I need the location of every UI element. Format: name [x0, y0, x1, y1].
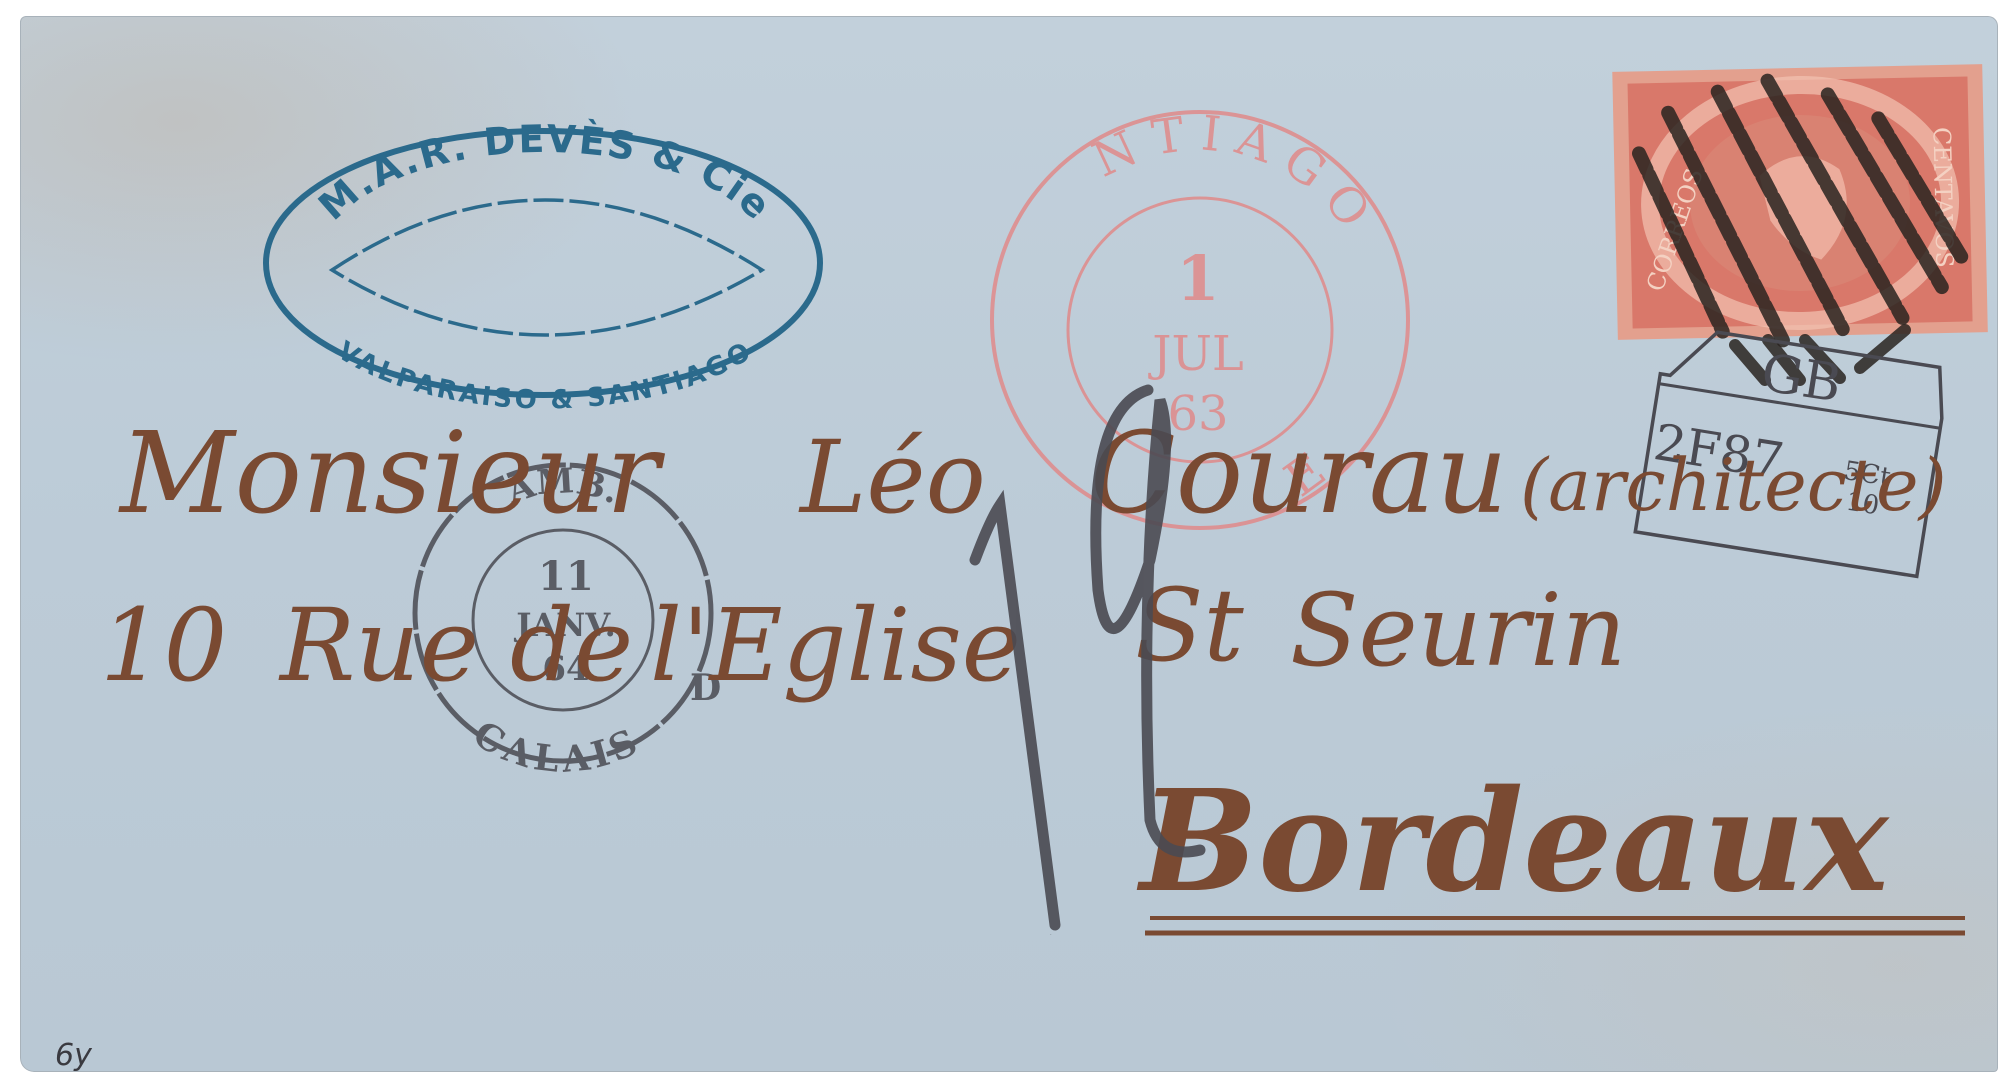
cachet-line2: VALPARAISO & SANTIAGO [332, 336, 758, 416]
address-seurin: Seurin [1290, 572, 1626, 689]
address-de: de [510, 587, 633, 704]
sender-cachet: M.A.R. DEVÈS & Cie VALPARAISO & SANTIAGO [266, 117, 820, 416]
envelope-markings: M.A.R. DEVÈS & Cie VALPARAISO & SANTIAGO… [0, 0, 2014, 1090]
address-monsieur: Monsieur [118, 409, 666, 539]
cachet-line1: M.A.R. DEVÈS & Cie [310, 117, 781, 229]
origin-postmark-town: NTIAGO [1084, 105, 1389, 249]
address-eglise: l'Eglise [650, 587, 1021, 704]
transit-postmark-bottom: CALAIS [466, 713, 644, 781]
address-number: 10 [100, 587, 227, 704]
accountancy-gb: GB [1757, 343, 1845, 415]
pencil-note: 6y [55, 1038, 93, 1073]
postage-due-value: 12 [1050, 934, 1052, 936]
origin-postmark-day: 1 [1176, 242, 1219, 315]
origin-postmark-month: JUL [1147, 326, 1244, 382]
address-block: Monsieur Léo Courau (architecte) 10 Rue … [100, 409, 1965, 933]
address-rue: Rue [278, 587, 479, 704]
address-first-name: Léo [798, 419, 986, 536]
address-city: Bordeaux [1136, 760, 1890, 924]
address-occupation: (architecte) [1520, 443, 1947, 527]
postage-stamp: CENTAVOS CORREOS [1612, 64, 1988, 344]
